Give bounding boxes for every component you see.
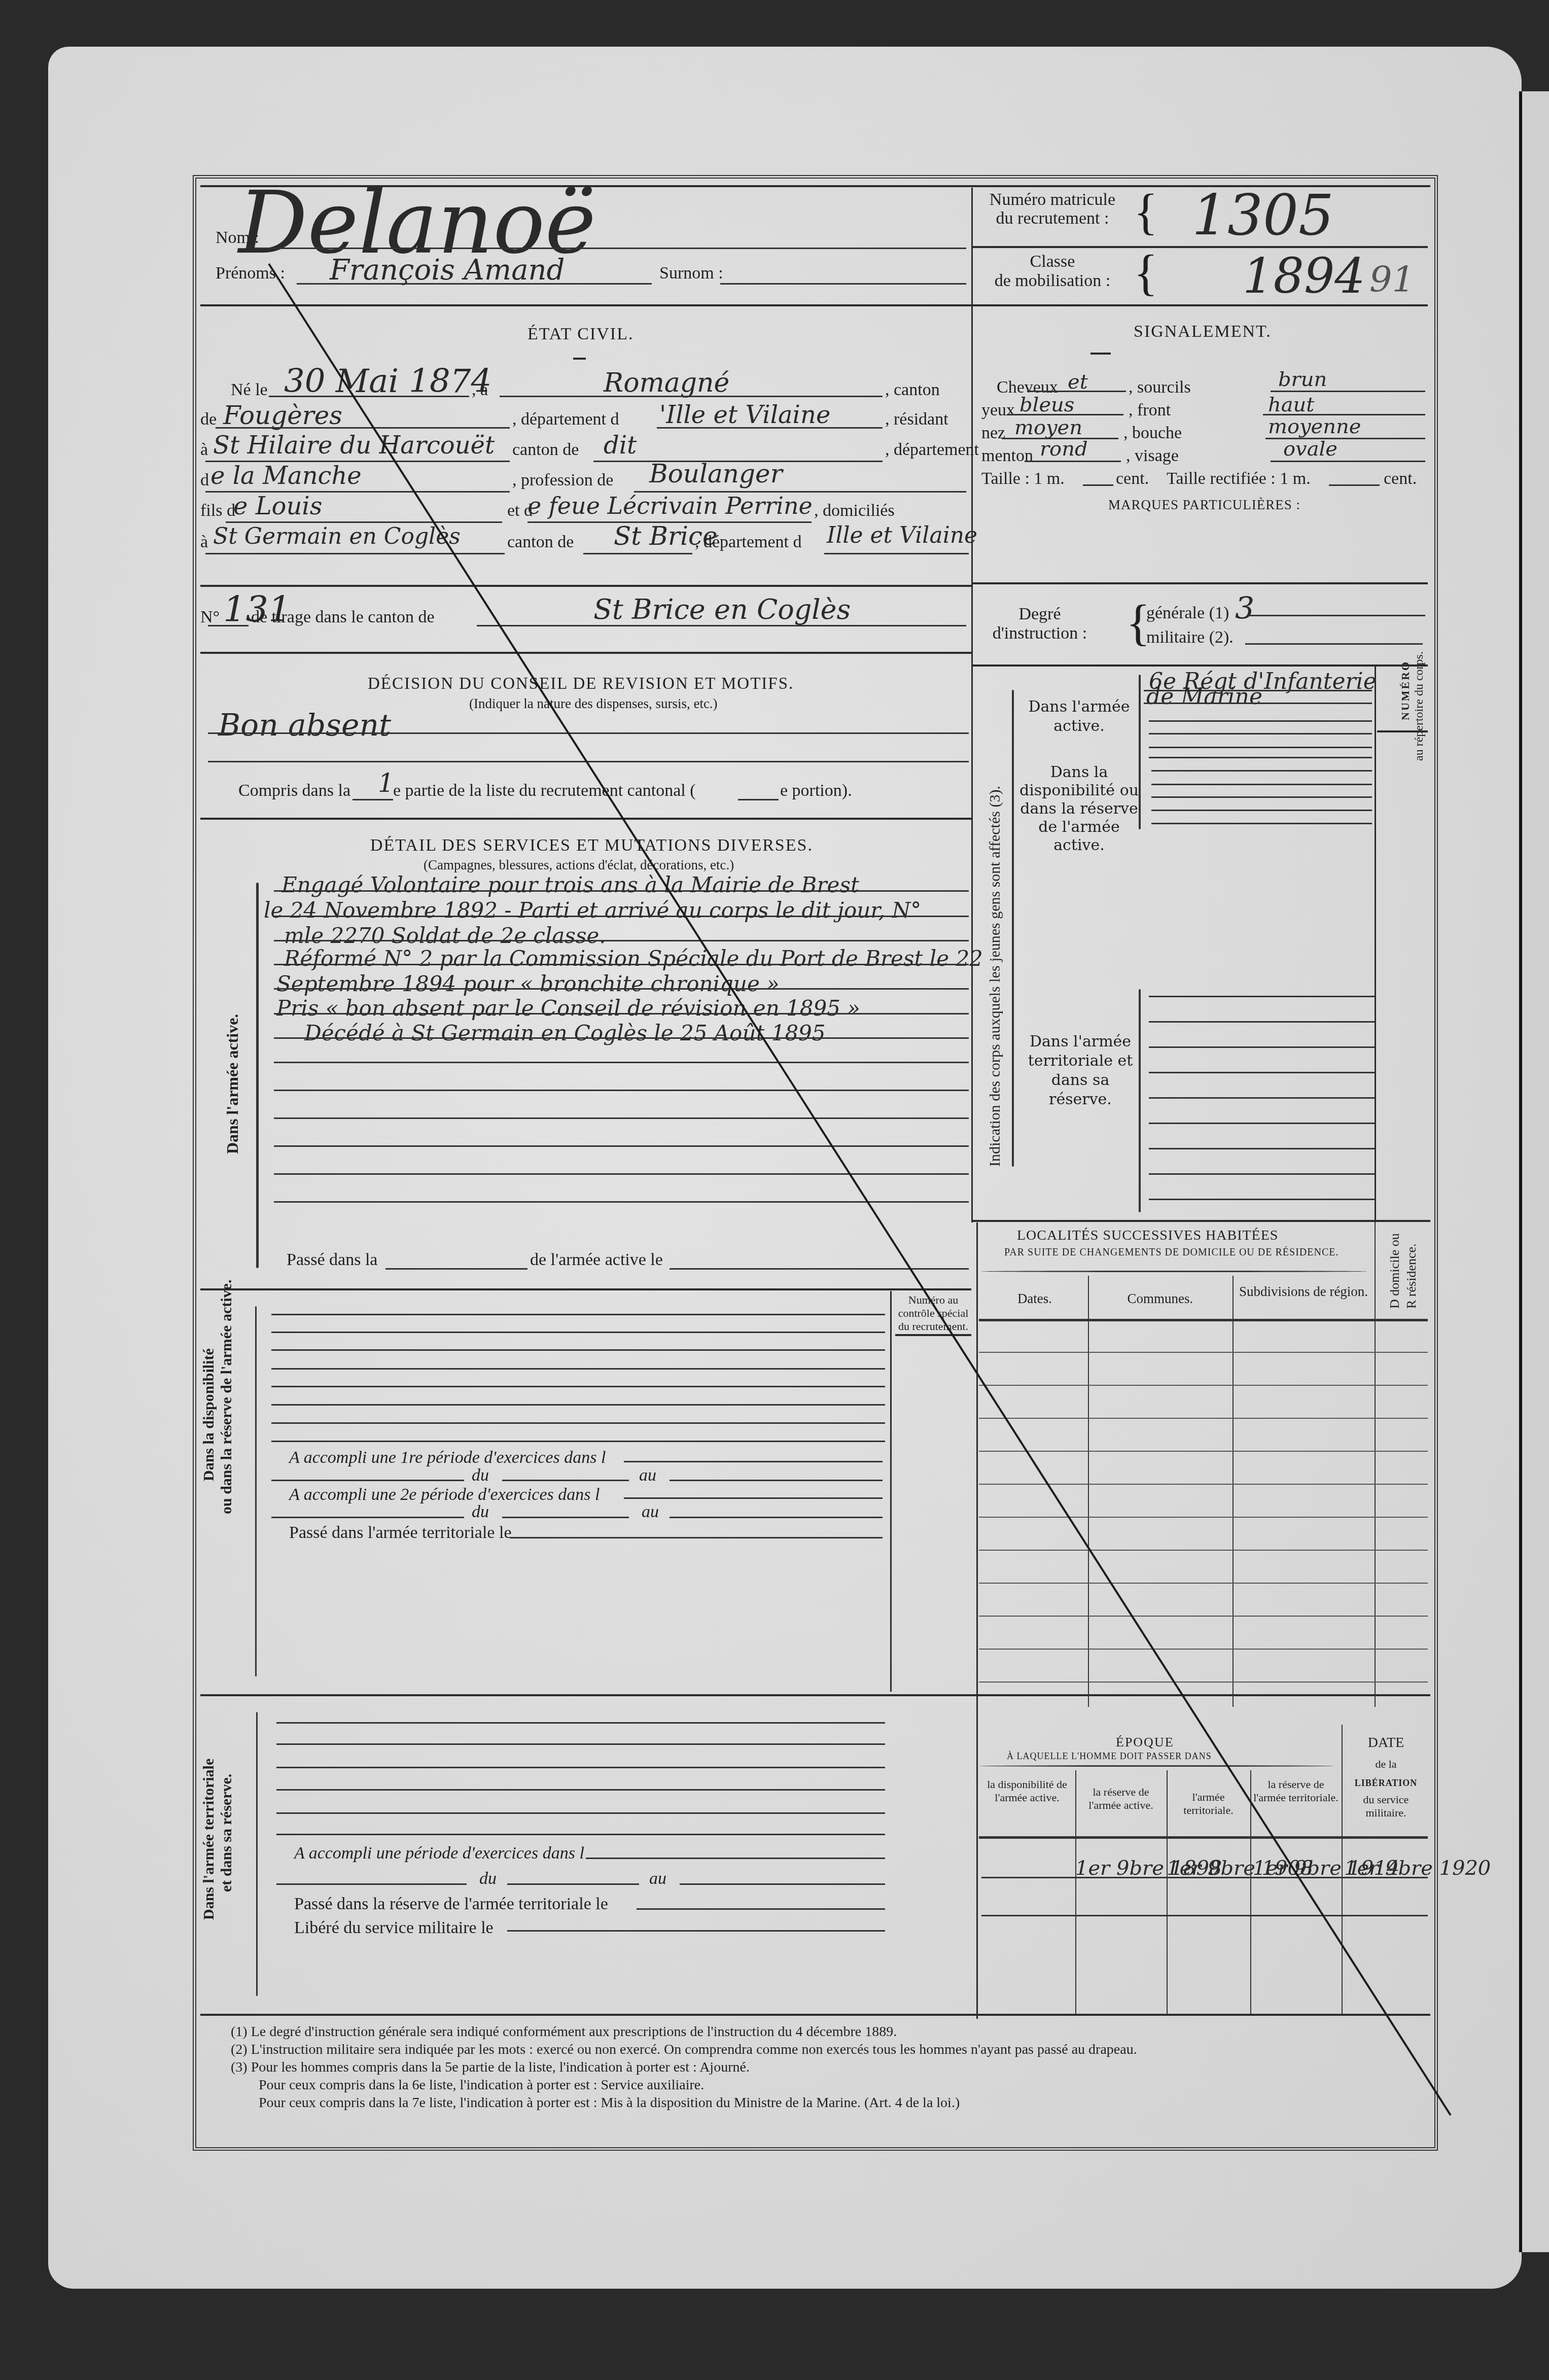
rule-corps-bottom	[971, 1220, 1430, 1222]
underline	[271, 1332, 885, 1333]
nez-label: nez	[981, 424, 1005, 443]
epoque-col-header: la disponibilité de l'armée active.	[979, 1778, 1075, 1804]
row-line	[979, 1418, 1428, 1419]
a-label: , à	[472, 380, 488, 400]
section-brace	[1139, 989, 1141, 1212]
libere-label: Libéré du service militaire le	[294, 1918, 494, 1938]
epoque-brace	[979, 1765, 1334, 1767]
surnom-label: Surnom :	[659, 264, 723, 283]
surnom-underline	[720, 283, 966, 285]
row-line	[979, 1550, 1428, 1551]
classe-value: 1894	[1243, 249, 1365, 304]
underline	[1027, 391, 1126, 392]
services-side-label: Dans l'armée active.	[223, 1014, 242, 1154]
underline	[274, 1201, 969, 1203]
classe-label-1: Classe	[981, 252, 1123, 271]
underline	[1248, 615, 1425, 616]
underline	[670, 1480, 883, 1481]
tirage-text: de tirage dans le canton de	[251, 608, 435, 627]
corps-value: de Marine	[1146, 684, 1262, 710]
underline	[502, 1480, 629, 1481]
numero-label-2: au répertoire du corps.	[1413, 651, 1426, 761]
dom-canton-label: canton de	[507, 533, 574, 552]
front-label: , front	[1129, 401, 1171, 420]
footnote: (1) Le degré d'instruction générale sera…	[231, 2024, 897, 2040]
etat-civil-title: ÉTAT CIVIL.	[527, 325, 633, 344]
underline	[1151, 796, 1372, 798]
underline	[274, 1090, 969, 1091]
underline	[269, 396, 469, 397]
underline	[477, 625, 966, 626]
underline	[271, 1386, 885, 1387]
service-line: Septembre 1894 pour « bronchite chroniqu…	[276, 971, 780, 996]
service-line: Engagé Volontaire pour trois ans à la Ma…	[281, 872, 859, 897]
column-divider-main	[971, 188, 973, 1222]
localites-brace	[981, 1271, 1367, 1272]
underline	[1149, 1021, 1375, 1023]
departement-value: 'Ille et Vilaine	[659, 401, 830, 429]
col-divider	[1088, 1276, 1089, 1707]
row-line	[979, 1517, 1428, 1518]
underline	[1149, 733, 1372, 734]
au-label: au	[642, 1502, 659, 1522]
brace: {	[1134, 183, 1158, 241]
instruction-label-1: Degré	[981, 605, 1098, 624]
taille-label: Taille : 1 m.	[981, 469, 1065, 488]
corps-brace	[1012, 690, 1014, 1167]
footnote: (2) L'instruction militaire sera indiqué…	[231, 2042, 1137, 2058]
du-label: du	[472, 1502, 489, 1522]
res-a-value: St Hilaire du Harcouët	[213, 431, 495, 460]
du-label: du	[479, 1869, 497, 1888]
underline	[274, 940, 969, 941]
underline	[680, 1883, 885, 1885]
corps-section-label: Dans l'armée territoriale et dans sa rés…	[1019, 1032, 1141, 1109]
localites-subtitle: PAR SUITE DE CHANGEMENTS DE DOMICILE OU …	[1004, 1247, 1339, 1258]
profession-label: , profession de	[512, 471, 613, 490]
column-divider-right-lower	[976, 1222, 978, 2019]
underline	[1149, 1046, 1375, 1048]
underline	[276, 1789, 885, 1791]
title-dash	[573, 358, 586, 360]
canton-label: , canton	[885, 380, 940, 400]
liberation-header-4: du service militaire.	[1344, 1793, 1428, 1819]
profession-value: Boulanger	[649, 459, 783, 488]
services-title: DÉTAIL DES SERVICES ET MUTATIONS DIVERSE…	[370, 836, 813, 855]
underline	[274, 1173, 969, 1175]
numero-label-1: NUMÉRO	[1399, 660, 1412, 720]
liberation-header-3: LIBÉRATION	[1342, 1778, 1430, 1789]
underline	[670, 1517, 883, 1518]
instruction-label-2: d'instruction :	[981, 624, 1098, 643]
front-value: haut	[1268, 393, 1314, 416]
underline	[1149, 720, 1372, 722]
footnote: Pour ceux compris dans la 6e liste, l'in…	[259, 2077, 704, 2093]
menton-label: menton	[981, 446, 1033, 466]
visage-value: ovale	[1283, 437, 1337, 461]
col-divider	[1250, 1770, 1251, 2014]
underline	[274, 1145, 969, 1147]
underline	[624, 1461, 883, 1462]
residant-label: , résidant	[885, 410, 948, 429]
epoque-subtitle: À LAQUELLE L'HOMME DOIT PASSER DANS	[1007, 1751, 1212, 1762]
rule-instruction-bottom	[971, 664, 1428, 667]
numero-controle-label: Numéro au contrôle spécial du recrutemen…	[893, 1293, 974, 1333]
prenoms-label: Prénoms :	[216, 264, 285, 283]
localites-col-subdivisions: Subdivisions de région.	[1233, 1283, 1375, 1300]
col-divider	[1233, 1276, 1234, 1707]
rule-tirage-bottom	[200, 652, 971, 654]
underline	[271, 1314, 885, 1315]
underline	[1149, 1072, 1375, 1073]
nez-value: moyen	[1014, 416, 1082, 439]
passe-label-1: Passé dans la	[287, 1250, 377, 1270]
service-line: mle 2270 Soldat de 2e classe.	[284, 923, 606, 948]
underline	[271, 1517, 464, 1518]
service-line: Pris « bon absent par le Conseil de révi…	[276, 996, 860, 1021]
compris-label-2: e partie de la liste du recrutement cant…	[393, 781, 696, 800]
epoque-col-header: l'armée territoriale.	[1167, 1791, 1250, 1817]
localites-col-dates: Dates.	[981, 1291, 1088, 1307]
underline	[276, 1883, 467, 1885]
footnote: (3) Pour les hommes compris dans la 5e p…	[231, 2059, 750, 2076]
underline	[274, 964, 969, 965]
row-line	[979, 1583, 1428, 1584]
classe-annotation: 91	[1369, 259, 1415, 300]
a-value: Romagné	[604, 368, 729, 398]
epoque-value-underline	[981, 1877, 1428, 1878]
underline	[271, 1349, 885, 1351]
au-label: au	[649, 1869, 666, 1888]
compris-value: 1	[378, 768, 394, 798]
underline	[507, 1930, 885, 1932]
numero-column-divider	[1375, 664, 1376, 1222]
tirage-canton-value: St Brice en Coglès	[593, 593, 851, 625]
underline	[271, 1480, 464, 1481]
yeux-value: bleus	[1019, 393, 1074, 416]
underline	[1151, 810, 1372, 811]
reserve-side-label-1: Dans la disponibilité	[200, 1348, 218, 1481]
corps-section-label: Dans l'armée active.	[1025, 697, 1134, 736]
underline	[274, 916, 969, 917]
periode2-label: A accompli une 2e période d'exercices da…	[289, 1485, 600, 1504]
underline	[271, 1368, 885, 1370]
numero-rule	[1377, 730, 1428, 732]
generale-value: 3	[1235, 591, 1254, 626]
underline	[1151, 784, 1372, 785]
underline	[1271, 391, 1425, 392]
underline	[216, 427, 510, 429]
underline	[738, 799, 779, 800]
compris-label-3: e portion).	[780, 781, 852, 800]
localites-title: LOCALITÉS SUCCESSIVES HABITÉES	[1017, 1228, 1278, 1244]
res-a-label: à	[200, 440, 208, 460]
rule-reserve-bottom	[200, 1694, 1430, 1696]
underline	[1149, 1123, 1375, 1124]
underline	[208, 625, 249, 626]
res-dep-value: e la Manche	[210, 462, 362, 490]
underline	[276, 1743, 885, 1745]
epoque-header-rule	[979, 1836, 1428, 1839]
classe-label-2: de mobilisation :	[981, 271, 1123, 291]
rule-territoriale-bottom	[200, 2014, 1430, 2016]
localites-header-rule	[979, 1319, 1428, 1321]
matricule-label-1: Numéro matricule	[981, 190, 1123, 209]
yeux-label: yeux	[981, 401, 1015, 420]
localites-side-label-2: R résidence.	[1404, 1243, 1419, 1309]
res-canton-label: canton de	[512, 440, 579, 460]
fils-label: fils d	[200, 501, 235, 520]
services-brace	[256, 883, 259, 1268]
underline	[385, 1268, 527, 1270]
underline	[624, 1497, 883, 1499]
bouche-label: , bouche	[1123, 424, 1182, 443]
pere-value: e Louis	[233, 492, 322, 520]
underline	[353, 799, 393, 800]
underline	[500, 396, 883, 397]
underline	[1025, 461, 1121, 462]
underline	[1149, 1173, 1375, 1175]
service-line: le 24 Novembre 1892 - Parti et arrivé au…	[264, 898, 921, 923]
territoriale-brace	[256, 1712, 258, 1996]
underline	[274, 988, 969, 990]
res-departement-label: , département	[885, 440, 979, 460]
underline	[1149, 747, 1372, 748]
reserve-side-label-2: ou dans la réserve de l'armée active.	[218, 1280, 235, 1514]
underline	[205, 553, 505, 554]
underline	[657, 427, 883, 429]
section-brace	[1139, 748, 1141, 829]
underline	[274, 890, 969, 892]
row-line	[979, 1385, 1428, 1386]
epoque-col-header: la réserve de l'armée active.	[1075, 1786, 1167, 1812]
au-label: au	[639, 1466, 656, 1485]
res-dep-prefix: d	[200, 471, 209, 490]
underline	[1245, 643, 1423, 645]
taille-cent: cent.	[1116, 469, 1149, 488]
conseil-title: DÉCISION DU CONSEIL DE REVISION ET MOTIF…	[368, 675, 794, 693]
underline	[274, 1013, 969, 1014]
underline	[276, 1767, 885, 1768]
marques-title: MARQUES PARTICULIÈRES :	[1108, 497, 1300, 513]
reserve-brace	[255, 1306, 257, 1676]
underline	[1151, 770, 1372, 772]
ne-le-value: 30 Mai 1874	[284, 363, 491, 400]
passe-territoriale-label: Passé dans l'armée territoriale le	[289, 1523, 512, 1543]
rule-conseil-bottom	[200, 818, 971, 820]
prenoms-underline	[297, 283, 652, 285]
footnote: Pour ceux compris dans la 7e liste, l'in…	[259, 2095, 960, 2111]
territoriale-side-label-2: et dans sa réserve.	[218, 1774, 235, 1892]
rule-signalement-bottom	[971, 582, 1428, 584]
underline	[274, 1037, 969, 1039]
rule-identity-bottom	[200, 304, 971, 306]
res-canton-value: dit	[604, 431, 637, 460]
dom-a-value: St Germain en Coglès	[213, 523, 461, 549]
underline	[1144, 703, 1372, 704]
underline	[510, 1537, 883, 1538]
title-dash	[1090, 353, 1111, 355]
visage-label: , visage	[1126, 446, 1179, 466]
corps-side-label: Indication des corps auxquels les jeunes…	[987, 786, 1004, 1167]
underline	[1271, 461, 1425, 462]
conseil-value: Bon absent	[218, 708, 391, 743]
rule-etatcivil-bottom	[200, 585, 971, 587]
matricule-value: 1305	[1192, 183, 1334, 248]
underline	[1329, 484, 1380, 486]
underline	[208, 732, 969, 734]
underline	[276, 1812, 885, 1814]
underline	[1149, 1199, 1375, 1200]
bouche-value: moyenne	[1268, 415, 1361, 438]
mere-value: e feue Lécrivain Perrine	[527, 492, 813, 519]
underline	[276, 1834, 885, 1835]
generale-label: générale (1)	[1146, 604, 1229, 623]
passe-label-2: de l'armée active le	[530, 1250, 663, 1270]
underline	[208, 761, 969, 762]
epoque-row-line	[981, 1915, 1428, 1916]
du-label: du	[472, 1466, 489, 1485]
underline	[274, 1062, 969, 1063]
column-divider-controle	[890, 1291, 892, 1692]
controle-rule	[895, 1334, 971, 1336]
underline	[271, 1422, 885, 1424]
col-divider	[1375, 1220, 1376, 1707]
underline	[637, 1908, 885, 1910]
corps-section-label: Dans la disponibilité ou dans la réserve…	[1017, 763, 1141, 855]
ne-le-label: Né le	[231, 380, 268, 400]
passe-reserve-label: Passé dans la réserve de l'armée territo…	[294, 1895, 608, 1914]
rule-services-bottom	[200, 1288, 971, 1290]
epoque-title: ÉPOQUE	[1116, 1735, 1174, 1750]
underline	[1149, 757, 1372, 758]
underline	[1151, 823, 1372, 824]
underline	[824, 553, 969, 554]
departement-label: , département d	[512, 410, 619, 429]
brace: {	[1134, 243, 1158, 302]
dom-a-label: à	[200, 533, 208, 552]
underline	[271, 1441, 885, 1442]
territoriale-side-label-1: Dans l'armée territoriale	[200, 1759, 218, 1920]
row-line	[979, 1352, 1428, 1353]
rule-classe-bottom	[971, 304, 1428, 306]
menton-value: rond	[1040, 437, 1088, 461]
signalement-title: SIGNALEMENT.	[1134, 322, 1272, 341]
next-page-edge	[1519, 91, 1549, 2252]
taille-rect-label: Taille rectifiée : 1 m.	[1167, 469, 1311, 488]
matricule-label-2: du recrutement :	[981, 209, 1123, 228]
underline	[502, 1517, 629, 1518]
liberation-header-1: DATE	[1342, 1735, 1430, 1751]
service-line: Réformé N° 2 par la Commission Spéciale …	[284, 946, 983, 971]
taille-rect-cent: cent.	[1384, 469, 1417, 488]
underline	[1007, 414, 1123, 415]
underline	[586, 1858, 885, 1859]
canton-value: Fougères	[223, 401, 342, 430]
service-line: Décédé à St Germain en Coglès le 25 Août…	[304, 1021, 826, 1045]
underline	[1149, 996, 1375, 997]
nom-underline	[254, 248, 966, 249]
sourcils-label: , sourcils	[1129, 378, 1191, 397]
conseil-subtitle: (Indiquer la nature des dispenses, sursi…	[469, 696, 718, 712]
de-label: de	[200, 410, 217, 429]
row-line	[979, 1682, 1428, 1683]
underline	[583, 553, 692, 554]
epoque-col-header: la réserve de l'armée territoriale.	[1250, 1778, 1342, 1804]
sourcils-value: brun	[1278, 368, 1327, 391]
domicilies-label: , domiciliés	[814, 501, 895, 520]
dom-departement-value: Ille et Vilaine	[827, 522, 977, 548]
localites-col-communes: Communes.	[1088, 1291, 1233, 1307]
prenoms-value: François Amand	[330, 254, 565, 287]
row-line	[979, 1484, 1428, 1485]
territoriale-periode-label: A accompli une période d'exercices dans …	[294, 1844, 584, 1863]
services-subtitle: (Campagnes, blessures, actions d'éclat, …	[424, 857, 734, 873]
row-line	[979, 1616, 1428, 1617]
underline	[507, 1883, 639, 1885]
underline	[226, 521, 502, 523]
underline	[670, 1268, 969, 1270]
localites-side-label-1: D domicile ou	[1387, 1233, 1402, 1309]
compris-label-1: Compris dans la	[238, 781, 350, 800]
dom-departement-label: , département d	[695, 533, 802, 552]
periode1-label: A accompli une 1re période d'exercices d…	[289, 1448, 606, 1467]
militaire-label: militaire (2).	[1146, 628, 1234, 647]
underline	[1149, 1148, 1375, 1149]
row-line	[979, 1649, 1428, 1650]
row-line	[979, 1451, 1428, 1452]
underline	[1083, 484, 1113, 486]
underline	[276, 1722, 885, 1724]
tirage-label: N°	[200, 608, 220, 627]
liberation-header-2: de la	[1342, 1758, 1430, 1771]
underline	[274, 1117, 969, 1119]
underline	[271, 1404, 885, 1406]
underline	[1149, 1097, 1375, 1099]
